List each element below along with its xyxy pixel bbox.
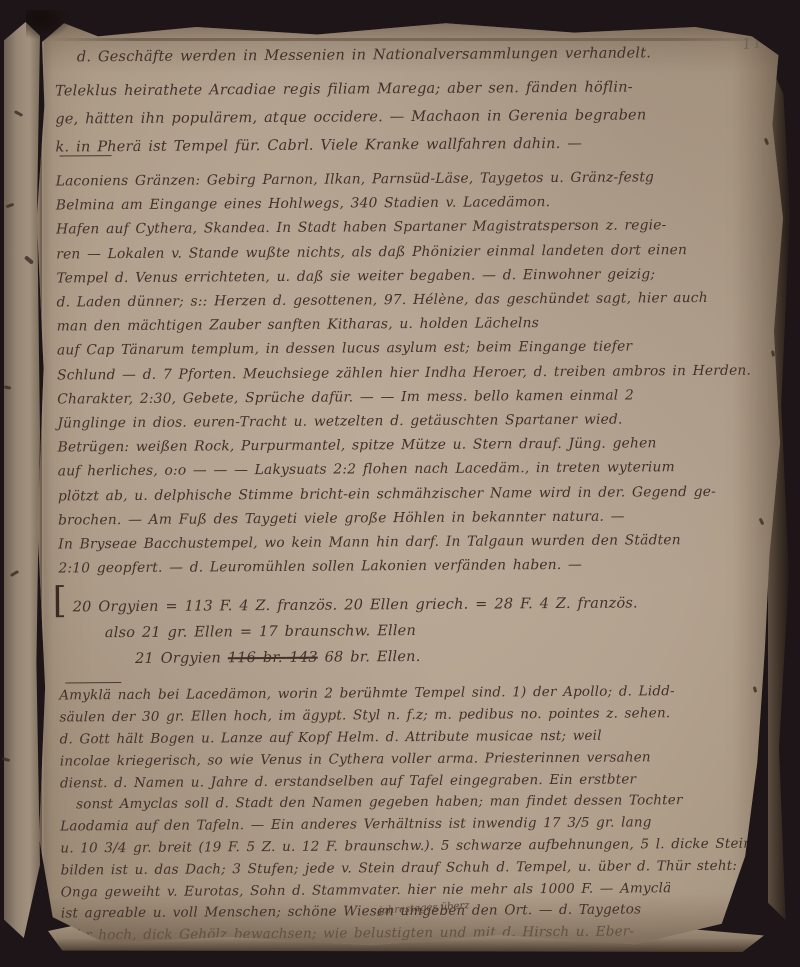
manuscript-line: d. Geschäfte werden in Messenien in Nati… (55, 40, 767, 71)
manuscript-scan: 11 d. Geschäfte werden in Messenien in N… (0, 0, 800, 967)
paragraph-laconia: Laconiens Gränzen: Gebirg Parnon, Ilkan,… (56, 165, 771, 581)
short-separator-rule (65, 683, 121, 684)
manuscript-line: ren — Lokalen v. Stande wußte nichts, al… (56, 237, 768, 266)
gutter-neighbor-page-sliver (4, 22, 40, 938)
measurement-conversion-block: [ 20 Orgyien = 113 F. 4 Z. französ. 20 E… (59, 590, 772, 673)
manuscript-line: Schlund — d. 7 Pforten. Meuchsiege zähle… (57, 358, 769, 387)
manuscript-text: d. Geschäfte werden in Messenien in Nati… (55, 40, 773, 967)
measurement-text: 21 Orgyien (135, 651, 228, 668)
worn-corner-shadow (26, 10, 72, 40)
measurement-line: 21 Orgyien 116 br. 143 68 br. Ellen. (73, 642, 771, 673)
measurement-text: 68 br. Ellen. (318, 649, 421, 666)
manuscript-line: 2:10 geopfert. — d. Leuromühlen sollen L… (58, 552, 770, 581)
paragraph-marriage: Teleklus heirathete Arcadiae regis filia… (55, 73, 768, 162)
struck-out-text: 116 br. 143 (228, 650, 318, 667)
margin-bracket: [ (53, 589, 67, 615)
paragraph-amyklae: Amyklä nach bei Lacedämon, worin 2 berüh… (59, 681, 773, 967)
manuscript-line: k. in Pherä ist Tempel für. Cabrl. Viele… (55, 129, 767, 162)
binding-crease (39, 12, 44, 950)
manuscript-line: plötzt ab, u. delphische Stimme bricht-e… (58, 479, 770, 508)
margin-ink-mark (2, 757, 11, 762)
manuscript-page: 11 d. Geschäfte werden in Messenien in N… (30, 12, 786, 950)
